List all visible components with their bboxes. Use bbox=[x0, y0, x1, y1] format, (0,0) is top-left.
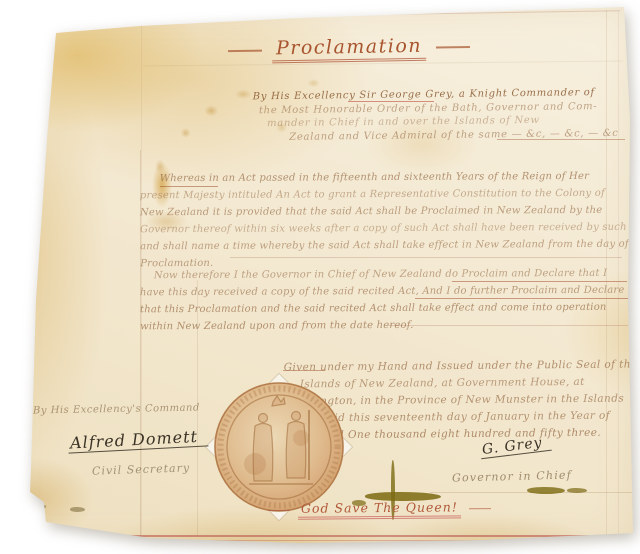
parchment-shadow: Proclamation By His Excellency Sir Georg… bbox=[0, 0, 640, 554]
underline-sir-george-grey bbox=[348, 101, 434, 102]
flourish-dash-right bbox=[436, 46, 470, 49]
ruled-border-top bbox=[143, 10, 620, 18]
parchment-sheet: Proclamation By His Excellency Sir Georg… bbox=[0, 0, 640, 554]
closing-motto: God Save The Queen! bbox=[298, 499, 461, 519]
flourish-dash-left bbox=[268, 510, 290, 512]
flourish-dash-left bbox=[228, 50, 262, 53]
signature-civil-secretary: Alfred Domett bbox=[68, 426, 209, 453]
document-photo: Proclamation By His Excellency Sir Georg… bbox=[0, 0, 640, 554]
page-title: Proclamation bbox=[272, 35, 427, 64]
attestation-command-line: By His Excellency's Command bbox=[33, 403, 200, 417]
executive-role: Governor in Chief bbox=[452, 468, 572, 484]
ruled-border-bottom-outer bbox=[30, 535, 634, 537]
closing-row: God Save The Queen! bbox=[268, 499, 508, 520]
rule-after-declaration bbox=[388, 325, 628, 326]
seal-blotch bbox=[293, 430, 309, 446]
underline-whereas bbox=[160, 186, 218, 187]
ink-smudge-dash bbox=[567, 488, 587, 493]
attestation-role: Civil Secretary bbox=[92, 461, 191, 477]
underline-proclaim-declare bbox=[452, 281, 627, 282]
ruled-border-bottom-inner bbox=[30, 540, 634, 541]
ink-smudge-edge bbox=[33, 504, 46, 509]
flourish-dash-right bbox=[469, 508, 491, 510]
underline-etcetera bbox=[497, 139, 625, 140]
opening-paragraph: By His Excellency Sir George Grey, a Kni… bbox=[253, 86, 636, 145]
underline-further-proclaim bbox=[415, 298, 631, 299]
title-row: Proclamation bbox=[228, 34, 478, 64]
seal-blotch bbox=[244, 453, 266, 475]
ink-smudge-edge bbox=[70, 507, 85, 512]
rule-after-whereas bbox=[230, 257, 622, 258]
ink-smudge-dash bbox=[527, 487, 565, 494]
